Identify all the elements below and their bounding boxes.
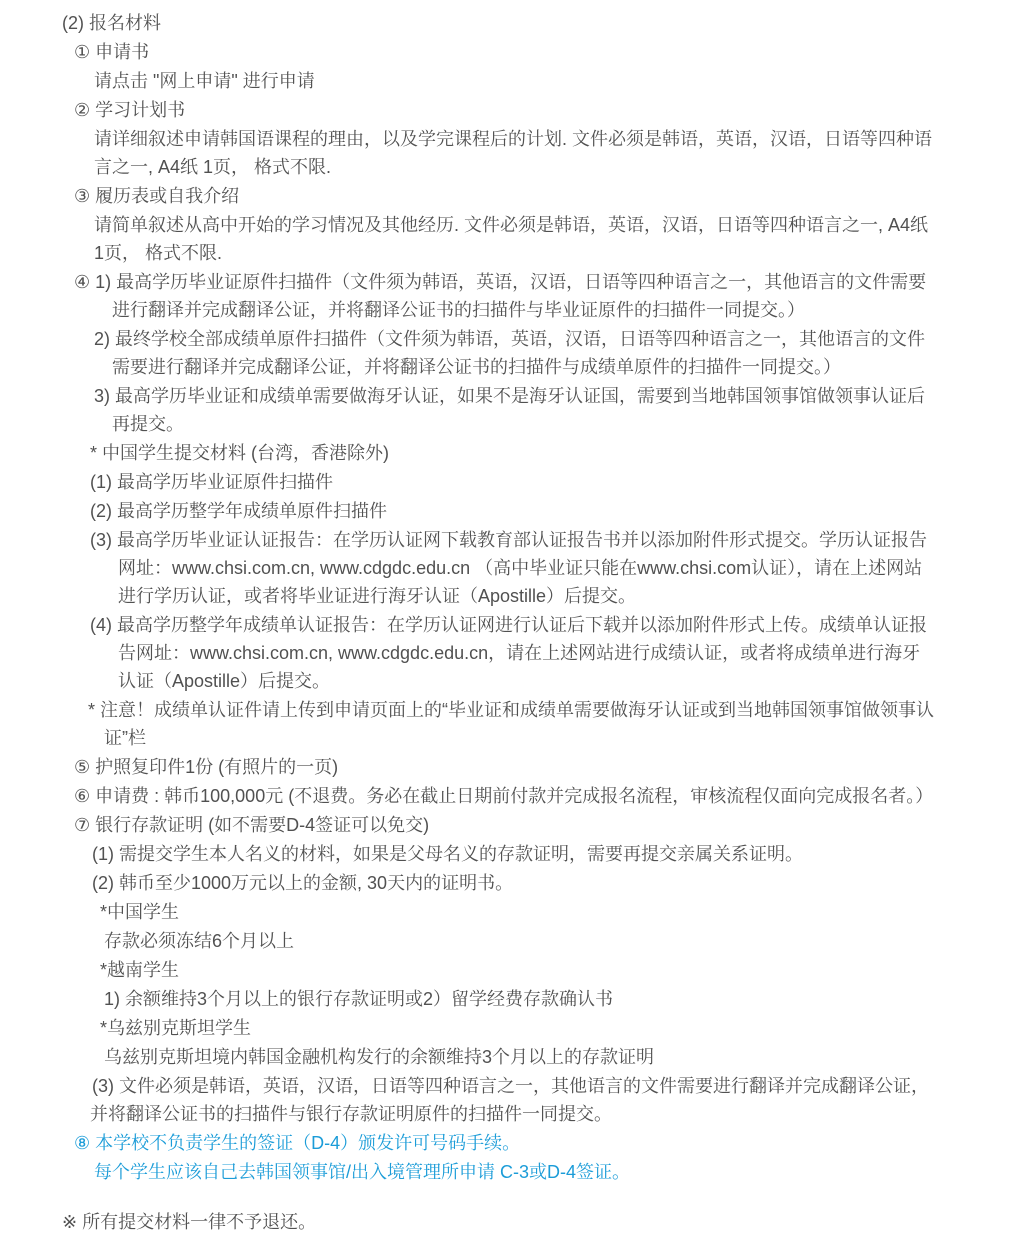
document-line: *乌兹别克斯坦学生 — [100, 1014, 934, 1042]
document-line: 请点击 "网上申请" 进行申请 — [94, 67, 934, 95]
document-line: (1) 最高学历毕业证原件扫描件 — [112, 468, 934, 496]
document-line: *越南学生 — [100, 956, 934, 984]
document-line: ⑦ 银行存款证明 (如不需要D-4签证可以免交) — [94, 811, 934, 839]
document-line: (2) 最高学历整学年成绩单原件扫描件 — [112, 497, 934, 525]
document-line: * 中国学生提交材料 (台湾，香港除外) — [104, 439, 934, 467]
document-line: ⑤ 护照复印件1份 (有照片的一页) — [94, 753, 934, 781]
document-line: 2) 最终学校全部成绩单原件扫描件（文件须为韩语，英语，汉语，日语等四种语言之一… — [112, 325, 934, 381]
document-line: (1) 需提交学生本人名义的材料，如果是父母名义的存款证明，需要再提交亲属关系证… — [112, 840, 934, 868]
document-line: (2) 韩币至少1000万元以上的金额, 30天内的证明书。 — [112, 869, 934, 897]
visa-notice-line: 每个学生应该自己去韩国领事馆/出入境管理所申请 C-3或D-4签证。 — [94, 1158, 934, 1186]
application-materials-document: (2) 报名材料 ① 申请书请点击 "网上申请" 进行申请② 学习计划书请详细叙… — [0, 0, 1030, 1236]
document-line: ① 申请书 — [74, 38, 934, 66]
document-line: 请简单叙述从高中开始的学习情况及其他经历. 文件必须是韩语，英语，汉语，日语等四… — [94, 211, 934, 267]
document-line: 乌兹别克斯坦境内韩国金融机构发行的余额维持3个月以上的存款证明 — [104, 1043, 934, 1071]
document-line: (3) 最高学历毕业证认证报告：在学历认证网下载教育部认证报告书并以添加附件形式… — [118, 526, 934, 610]
document-line: (3) 文件必须是韩语，英语，汉语，日语等四种语言之一，其他语言的文件需要进行翻… — [90, 1072, 934, 1128]
document-line: 存款必须冻结6个月以上 — [104, 927, 934, 955]
footnote-note: ※ 所有提交材料一律不予退还。 — [62, 1208, 934, 1236]
document-line: 1) 余额维持3个月以上的银行存款证明或2）留学经费存款确认书 — [104, 985, 934, 1013]
visa-notice-line: ⑧ 本学校不负责学生的签证（D-4）颁发许可号码手续。 — [74, 1129, 934, 1157]
materials-list: ① 申请书请点击 "网上申请" 进行申请② 学习计划书请详细叙述申请韩国语课程的… — [0, 38, 934, 1186]
document-line: *中国学生 — [100, 898, 934, 926]
document-line: * 注意！成绩单认证件请上传到申请页面上的“毕业证和成绩单需要做海牙认证或到当地… — [104, 696, 934, 752]
document-line: 请详细叙述申请韩国语课程的理由，以及学完课程后的计划. 文件必须是韩语，英语，汉… — [94, 125, 934, 181]
document-line: ② 学习计划书 — [74, 96, 934, 124]
document-line: ④ 1) 最高学历毕业证原件扫描件（文件须为韩语，英语，汉语，日语等四种语言之一… — [112, 268, 934, 324]
document-line: ⑥ 申请费 : 韩币100,000元 (不退费。务必在截止日期前付款并完成报名流… — [94, 782, 934, 810]
document-line: (4) 最高学历整学年成绩单认证报告：在学历认证网进行认证后下载并以添加附件形式… — [118, 611, 934, 695]
section-heading: (2) 报名材料 — [62, 9, 934, 37]
document-line: ③ 履历表或自我介绍 — [74, 182, 934, 210]
document-line: 3) 最高学历毕业证和成绩单需要做海牙认证，如果不是海牙认证国，需要到当地韩国领… — [112, 382, 934, 438]
